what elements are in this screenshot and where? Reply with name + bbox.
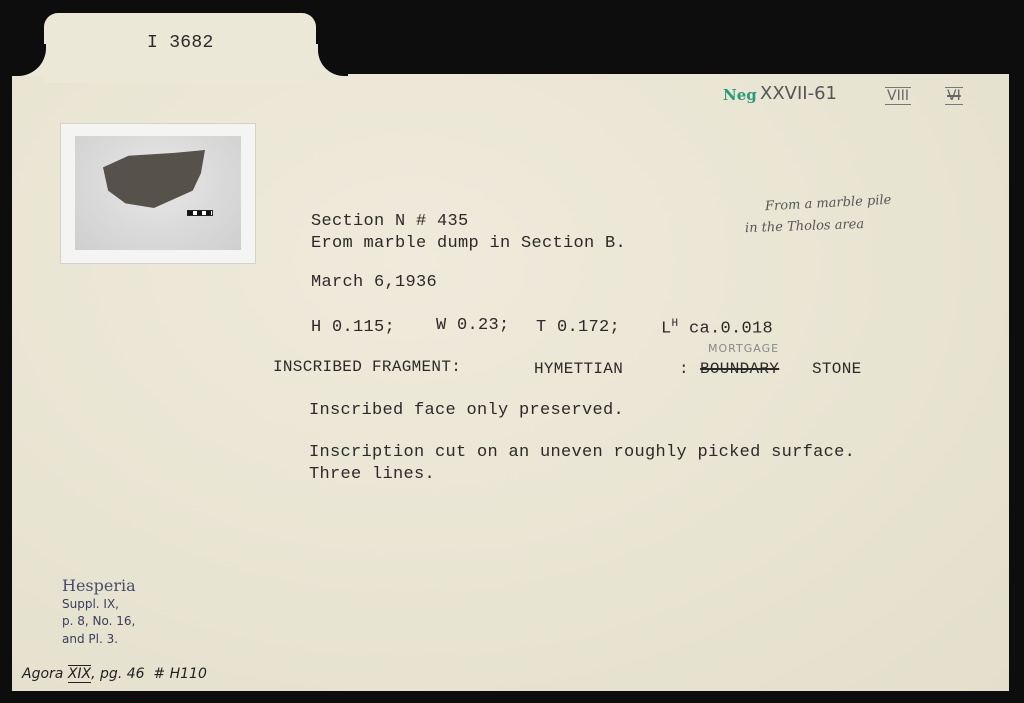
description-2-line-2: Three lines.	[309, 465, 435, 484]
letter-height-value: ca.0.018	[689, 320, 773, 339]
letter-height-label: L	[661, 320, 672, 339]
photo-print	[75, 136, 241, 250]
dimension-height: H 0.115;	[311, 318, 395, 337]
inventory-number: I 3682	[147, 33, 214, 53]
negative-number: XXVII-61	[760, 83, 837, 104]
roman-numeral-box-2: VI	[945, 88, 963, 104]
agora-volume: XIX	[68, 665, 91, 683]
findspot-line: Erom marble dump in Section B.	[311, 234, 626, 253]
description-1: Inscribed face only preserved.	[309, 401, 624, 420]
reference-hesperia-line-1: Suppl. IX,	[62, 597, 119, 611]
card-tab-right-edge	[306, 44, 346, 76]
letter-height-sup: H	[672, 318, 679, 330]
agora-suffix: , pg. 46 # H110	[91, 666, 207, 682]
title-separator: :	[679, 360, 689, 378]
description-2-line-1: Inscription cut on an uneven roughly pic…	[309, 443, 855, 462]
date: March 6,1936	[311, 273, 437, 292]
letter-height: LH ca.0.018	[661, 318, 773, 339]
roman-numeral-2: VI	[945, 87, 963, 105]
scale-bar-icon	[187, 210, 213, 216]
title-material: HYMETTIAN	[534, 360, 623, 378]
title-struck-word: BOUNDARY	[700, 360, 779, 378]
marble-fragment-image	[103, 150, 205, 208]
reference-agora: Agora XIX, pg. 46 # H110	[22, 666, 207, 682]
title-label: INSCRIBED FRAGMENT:	[273, 358, 461, 376]
dimension-width: W 0.23;	[436, 316, 510, 335]
reference-hesperia-title: Hesperia	[62, 576, 136, 595]
card-tab-left-edge	[12, 44, 52, 76]
title-type: STONE	[812, 360, 862, 378]
reference-hesperia-line-2: p. 8, No. 16,	[62, 614, 135, 628]
agora-prefix: Agora	[22, 666, 63, 682]
reference-hesperia-line-3: and Pl. 3.	[62, 632, 118, 646]
correction-mortgage: MORTGAGE	[708, 342, 779, 355]
roman-numeral-1: VIII	[885, 87, 911, 105]
negative-prefix: Neg	[723, 86, 757, 104]
artifact-photo[interactable]	[60, 123, 256, 264]
section-line: Section N # 435	[311, 212, 469, 231]
dimension-thickness: T 0.172;	[536, 318, 620, 337]
roman-numeral-box-1: VIII	[885, 88, 911, 104]
